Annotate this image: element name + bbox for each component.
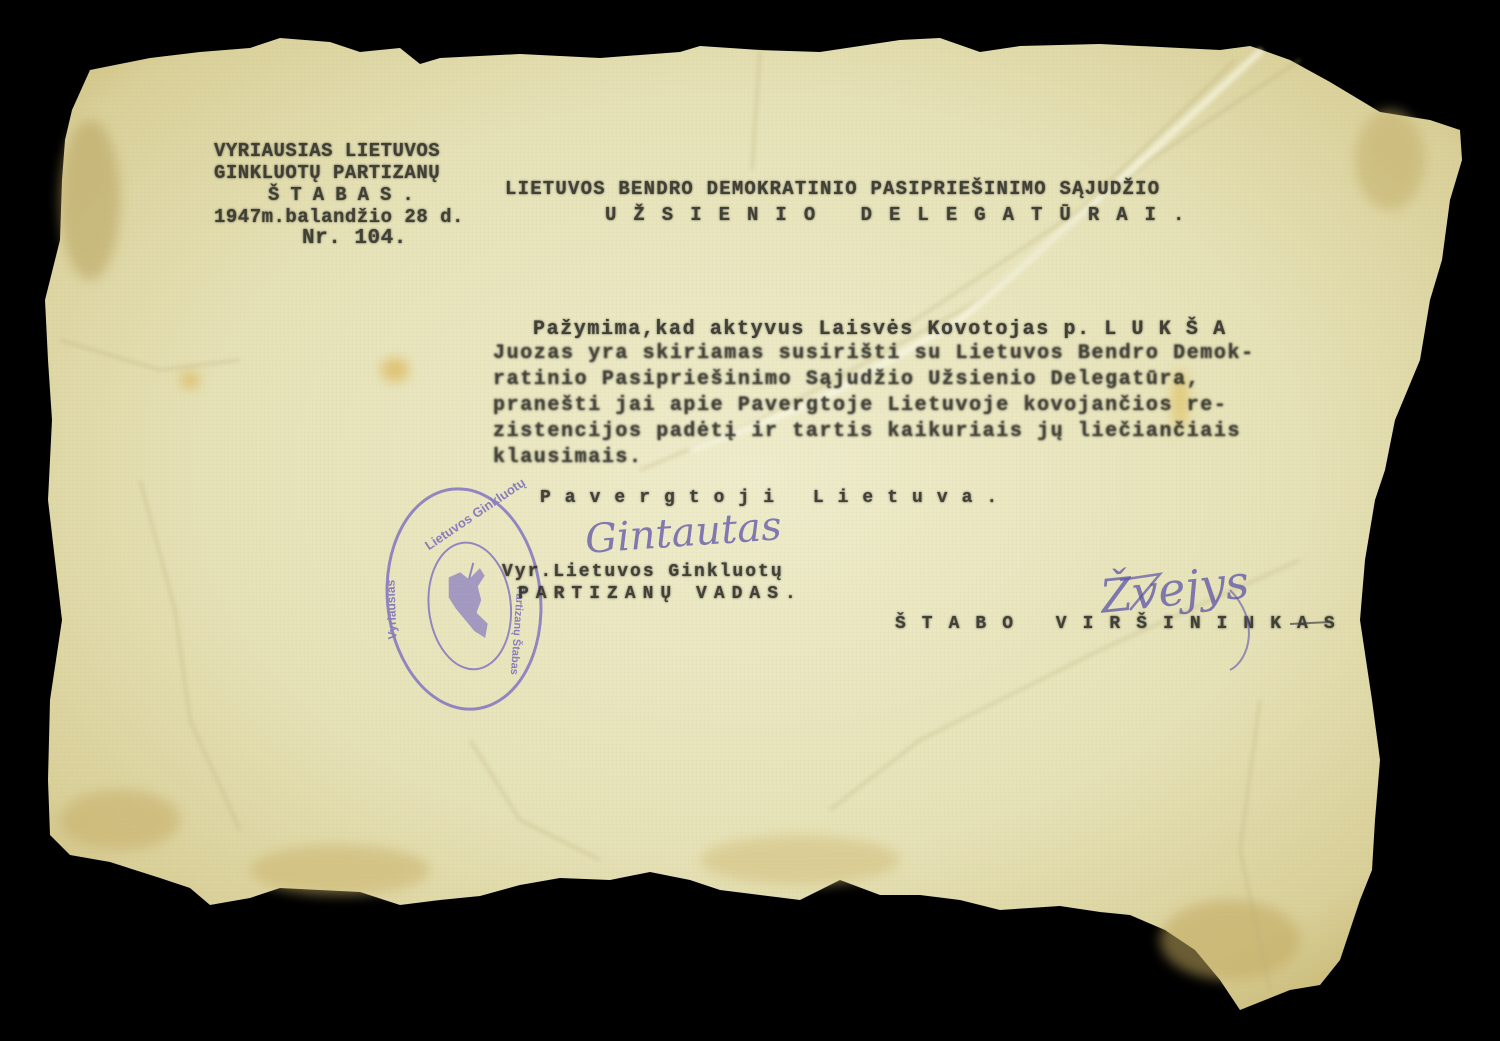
body-line-2: Juozas yra skiriamas susirišti su Lietuv… xyxy=(493,342,1255,366)
header-left-date: 1947m.balandžio 28 d. xyxy=(214,206,464,228)
header-left-line3: ŠTABAS. xyxy=(268,184,425,206)
signature-flourish xyxy=(1100,560,1340,680)
stamp-text-side: Vyriausias xyxy=(383,580,399,640)
header-left-number: Nr. 104. xyxy=(302,228,407,250)
header-left-line2: GINKLUOTŲ PARTIZANŲ xyxy=(214,162,440,184)
header-left-line1: VYRIAUSIAS LIETUVOS xyxy=(214,140,440,162)
body-line-5: zistencijos padėtį ir tartis kaikuriais … xyxy=(493,420,1241,444)
body-line-1: Pažymima,kad aktyvus Laisvės Kovotojas p… xyxy=(533,318,1227,342)
body-line-4: pranešti jai apie Pavergtoje Lietuvoje k… xyxy=(493,394,1228,418)
document-photo: VYRIAUSIAS LIETUVOS GINKLUOTŲ PARTIZANŲ … xyxy=(0,0,1500,1041)
body-line-3: ratinio Pasipriešinimo Sąjudžio Užsienio… xyxy=(493,368,1200,392)
left-signatory-title-line1: Vyr.Lietuvos Ginkluotų xyxy=(502,560,784,584)
header-right-line1: LIETUVOS BENDRO DEMOKRATINIO PASIPRIEŠIN… xyxy=(505,178,1160,200)
header-right-line2: UŽSIENIO DELEGATŪRAI. xyxy=(605,204,1201,226)
left-signatory-title-line2: PARTIZANŲ VADAS. xyxy=(518,582,803,606)
body-line-6: klausimais. xyxy=(493,446,643,470)
vytis-knight-icon xyxy=(437,559,502,654)
